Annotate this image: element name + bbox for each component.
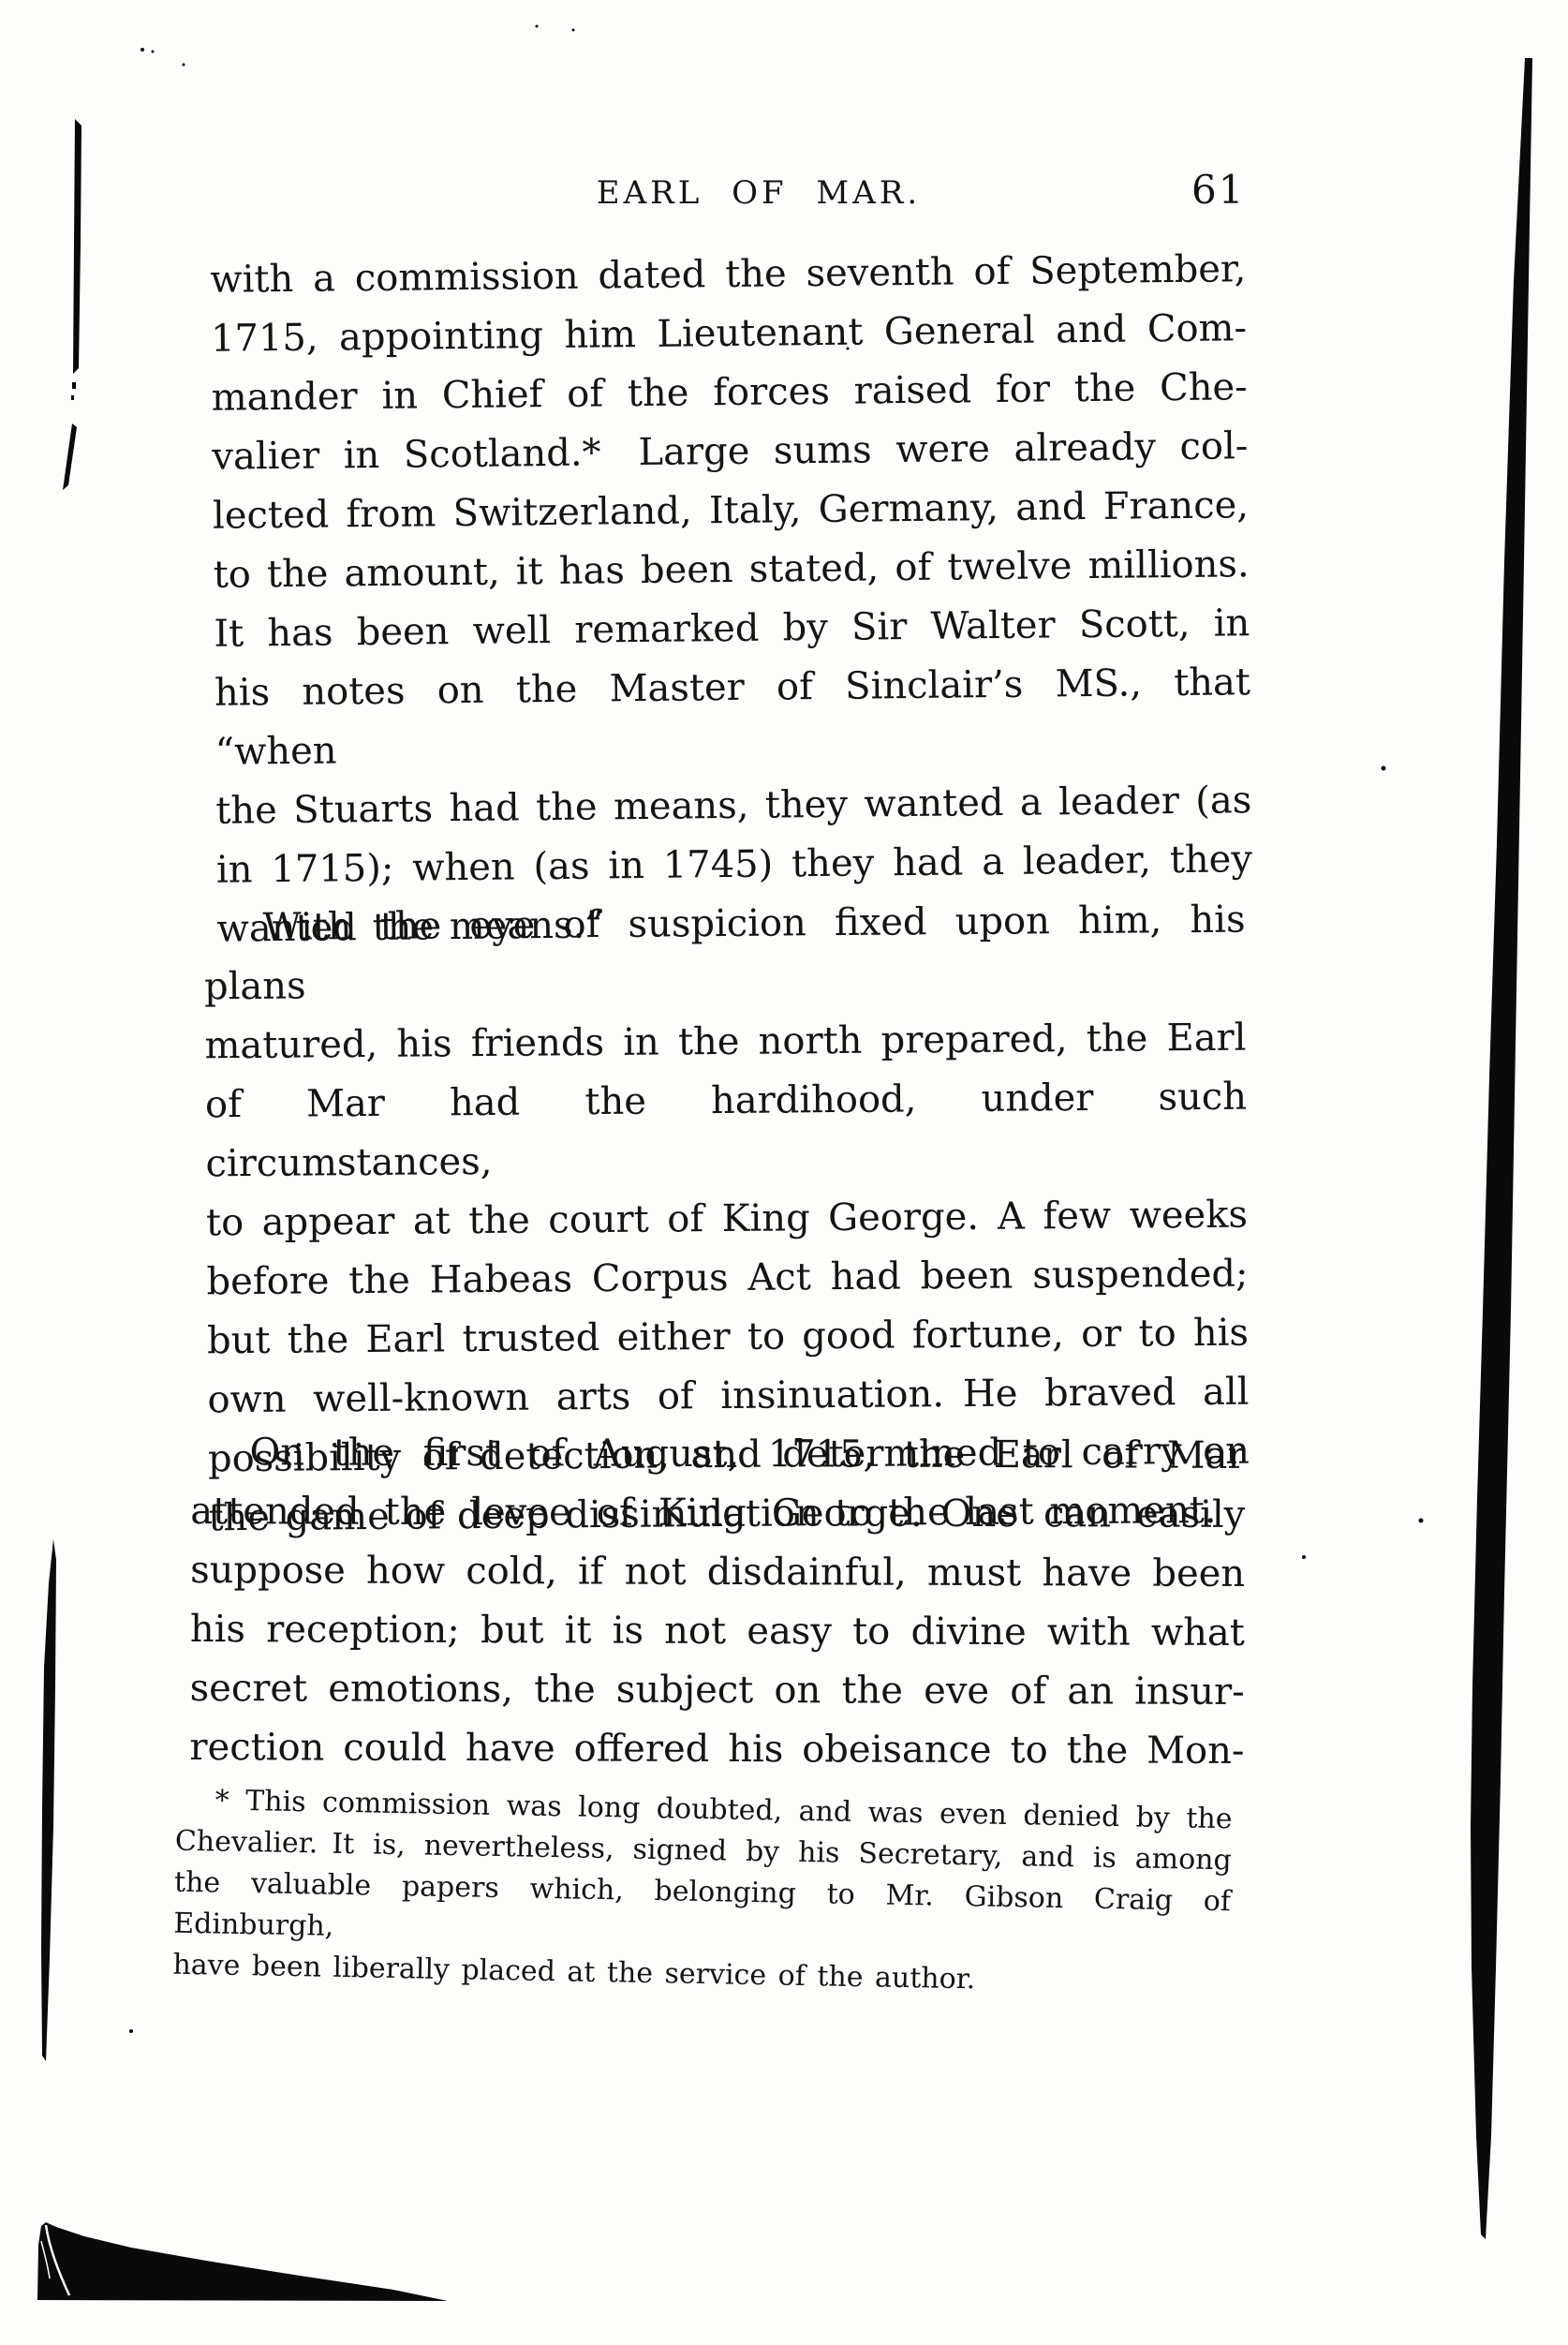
scan-bottom-wedge-crack xyxy=(46,2225,69,2295)
paragraph-1: with a commission dated the seventh of S… xyxy=(210,240,1253,959)
scanned-book-page: EARL OF MAR. 61 with a commission dated … xyxy=(0,0,1568,2345)
text-line: own well-known arts of insinuation. He b… xyxy=(207,1363,1249,1431)
text-line: with a commission dated the seventh of S… xyxy=(210,240,1247,310)
text-line: matured, his friends in the north prepar… xyxy=(204,1009,1246,1076)
scan-speck xyxy=(129,2029,133,2033)
text-line: but the Earl trusted either to good fort… xyxy=(207,1304,1249,1372)
text-line: secret emotions, the subject on the eve … xyxy=(190,1659,1245,1722)
scan-speck xyxy=(183,64,185,67)
scan-speck xyxy=(1302,1555,1306,1559)
scan-right-edge-bar xyxy=(1471,58,1532,2239)
scan-bottom-wedge-crack xyxy=(41,2241,50,2278)
text-line: rection could have offered his obeisance… xyxy=(189,1718,1244,1781)
text-line: to appear at the court of King George. A… xyxy=(206,1186,1248,1254)
scan-speck xyxy=(1419,1519,1424,1523)
scan-left-streak-dot xyxy=(72,382,76,389)
scan-left-streak-lower xyxy=(41,1539,56,2061)
text-line: It has been well remarked by Sir Walter … xyxy=(214,594,1250,664)
scan-speck xyxy=(141,48,144,52)
scan-speck xyxy=(1382,766,1386,771)
text-line: valier in Scotland.* Large sums were alr… xyxy=(212,417,1249,487)
text-line: With the eye of suspicion fixed upon him… xyxy=(203,891,1246,1017)
text-line: in 1715); when (as in 1745) they had a l… xyxy=(216,830,1253,900)
text-line: to the amount, it has been stated, of tw… xyxy=(213,535,1250,605)
text-line: attended the levee of King George. One c… xyxy=(190,1482,1245,1545)
text-line: his notes on the Master of Sinclair’s MS… xyxy=(214,653,1251,782)
scan-left-streak-upper xyxy=(73,119,81,374)
scan-bottom-wedge xyxy=(37,2222,448,2301)
scan-speck xyxy=(536,25,539,28)
scan-left-streak-dot xyxy=(71,395,74,400)
text-line: his reception; but it is not easy to div… xyxy=(190,1600,1245,1663)
text-line: suppose how cold, if not disdainful, mus… xyxy=(190,1541,1245,1604)
scan-speck xyxy=(572,29,575,32)
scan-speck xyxy=(152,51,155,53)
text-line: mander in Chief of the forces raised for… xyxy=(211,358,1248,428)
text-line: 1715, appointing him Lieutenant General … xyxy=(211,299,1248,369)
text-line: before the Habeas Corpus Act had been su… xyxy=(206,1245,1248,1313)
running-title: EARL OF MAR. xyxy=(525,174,993,212)
text-line: the Stuarts had the means, they wanted a… xyxy=(215,771,1252,841)
text-line: lected from Switzerland, Italy, Germany,… xyxy=(213,476,1250,546)
paragraph-3: On the first of August, 1715, the Earl o… xyxy=(189,1423,1245,1781)
scan-left-streak-upper2 xyxy=(63,423,77,490)
text-line: of Mar had the hardihood, under such cir… xyxy=(205,1068,1248,1195)
text-line: On the first of August, 1715, the Earl o… xyxy=(190,1423,1245,1486)
footnote: * This commission was long doubted, and … xyxy=(172,1780,1233,2006)
page-number: 61 xyxy=(1191,167,1245,213)
